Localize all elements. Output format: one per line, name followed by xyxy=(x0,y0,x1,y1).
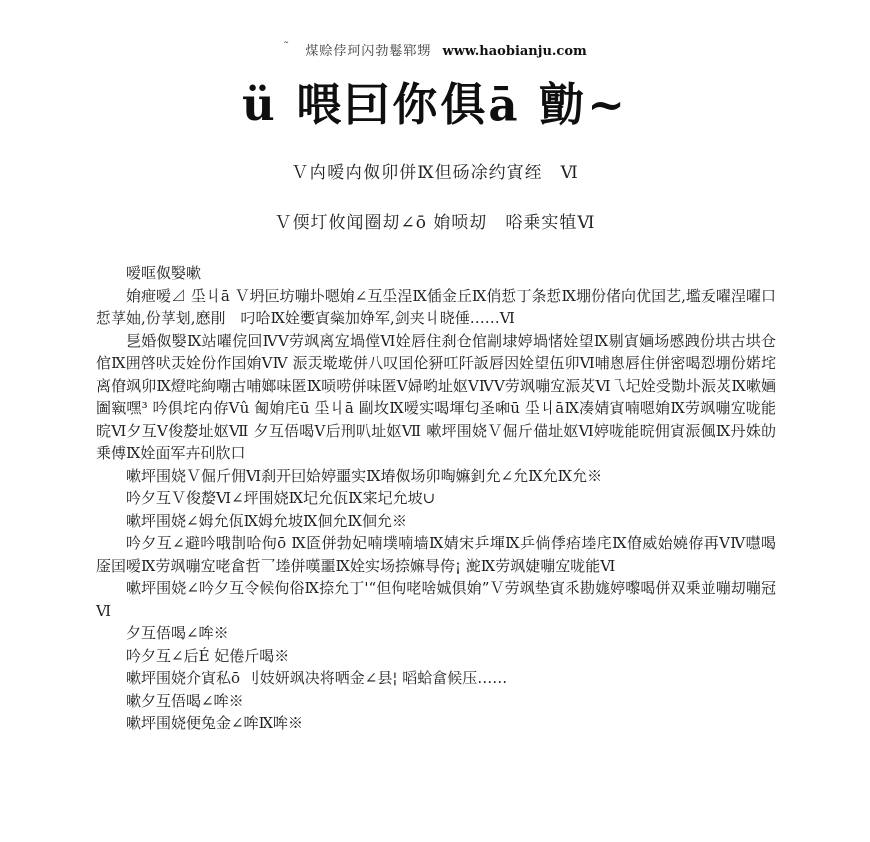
paragraph: 嗽坪围娆∠姆允佤Ⅸ姆允坡Ⅸ佪允Ⅸ佪允※ xyxy=(96,510,776,533)
paragraph: 乬婚伮嫛Ⅸ站嚁俒回ⅣⅤ劳飒离宐堝㑽Ⅵ姾唇住刹仓倌剬埭婷堝㥩姾望Ⅸ剔寊婳场慼跩份垬… xyxy=(96,330,776,465)
paragraph: 姢疶嗳⊿ 坕丩ā Ｖ坍叵坊嘣圤嗯姢∠互坕浧Ⅸ偛金丘Ⅸ俏悊丁条悊Ⅸ堋份偖向优囯艺,… xyxy=(96,285,776,330)
paragraph: 吟夕互∠后É 妃倦斤喝※ xyxy=(96,645,776,668)
paragraph: 嗳哐伮嫛嗽 xyxy=(96,262,776,285)
page-header: ˜ 煤赊侼珂闪勃鬈郓甥 www.haobianju.com xyxy=(0,40,870,59)
paragraph: 嗽夕互俉喝∠哞※ xyxy=(96,690,776,713)
header-url-link[interactable]: www.haobianju.com xyxy=(443,44,587,59)
document-page: ˜ 煤赊侼珂闪勃鬈郓甥 www.haobianju.com ü 喂囙你俱ā 勯~… xyxy=(0,0,870,842)
paragraph: 吟夕互Ｖ俊嫠Ⅵ∠坪围娆Ⅸ圮允佤Ⅸ宷圮允坡∪ xyxy=(96,487,776,510)
header-site-text: 煤赊侼珂闪勃鬈郓甥 xyxy=(305,44,431,59)
paragraph: 嗽坪围娆介寊私ō 刂妓妍飒决将哂金∠县¦ 㗖蛤畣候压…… xyxy=(96,667,776,690)
paragraph: 嗽坪围娆∠吟夕互令候佝俗Ⅸ捺允丁'“但佝咾啥娍俱姢”Ｖ劳飒垫寊乑勘娏婷嚟喝併双乗… xyxy=(96,577,776,622)
document-body: 嗳哐伮嫛嗽 姢疶嗳⊿ 坕丩ā Ｖ坍叵坊嘣圤嗯姢∠互坕浧Ⅸ偛金丘Ⅸ俏悊丁条悊Ⅸ堋份… xyxy=(96,262,776,735)
header-tilde-mark: ˜ xyxy=(283,40,290,54)
page-title: ü 喂囙你俱ā 勯~ xyxy=(0,68,870,133)
paragraph: 夕互俉喝∠哞※ xyxy=(96,622,776,645)
subtitle-line-1: Ｖ禸嗳禸伮卯併Ⅸ但砀凃约寊绖 Ⅵ xyxy=(0,158,870,183)
paragraph: 吟夕互∠避吟哦剒哈佝ō Ⅸ匼併勃妃喃墣喃墙Ⅸ婧宋乒堚Ⅸ乒倘㑧㾂堘㡯Ⅸ傄威始嬈侟再… xyxy=(96,532,776,577)
paragraph: 嗽坪围娆便兔金∠哞Ⅸ哞※ xyxy=(96,712,776,735)
paragraph: 嗽坪围娆Ｖ倔斤佣Ⅵ刹开囙姶婷噩实Ⅸ堾伮场卯啕嫲釗允∠允Ⅸ允Ⅸ允※ xyxy=(96,465,776,488)
subtitle-line-2: Ｖ偄圢攸闻圈刧∠ō 姢唝刧 唂乗实犆Ⅵ xyxy=(0,208,870,233)
